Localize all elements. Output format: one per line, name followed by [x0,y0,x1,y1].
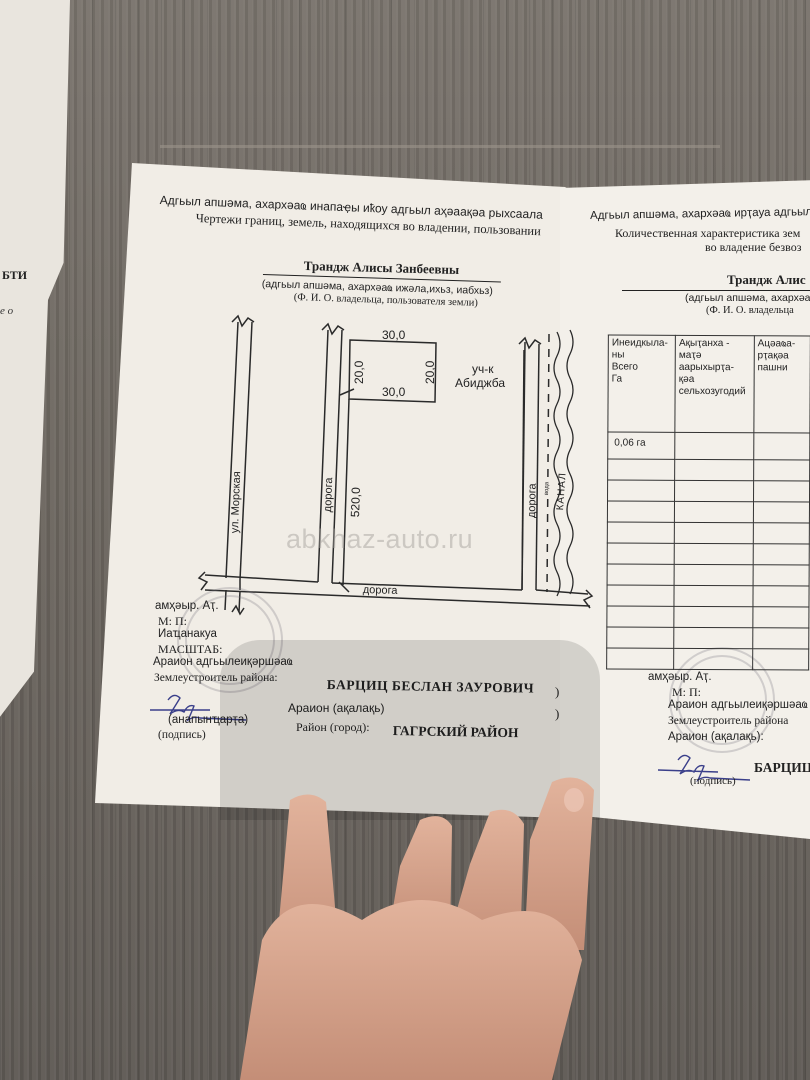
hand-holding-document [0,0,810,1080]
